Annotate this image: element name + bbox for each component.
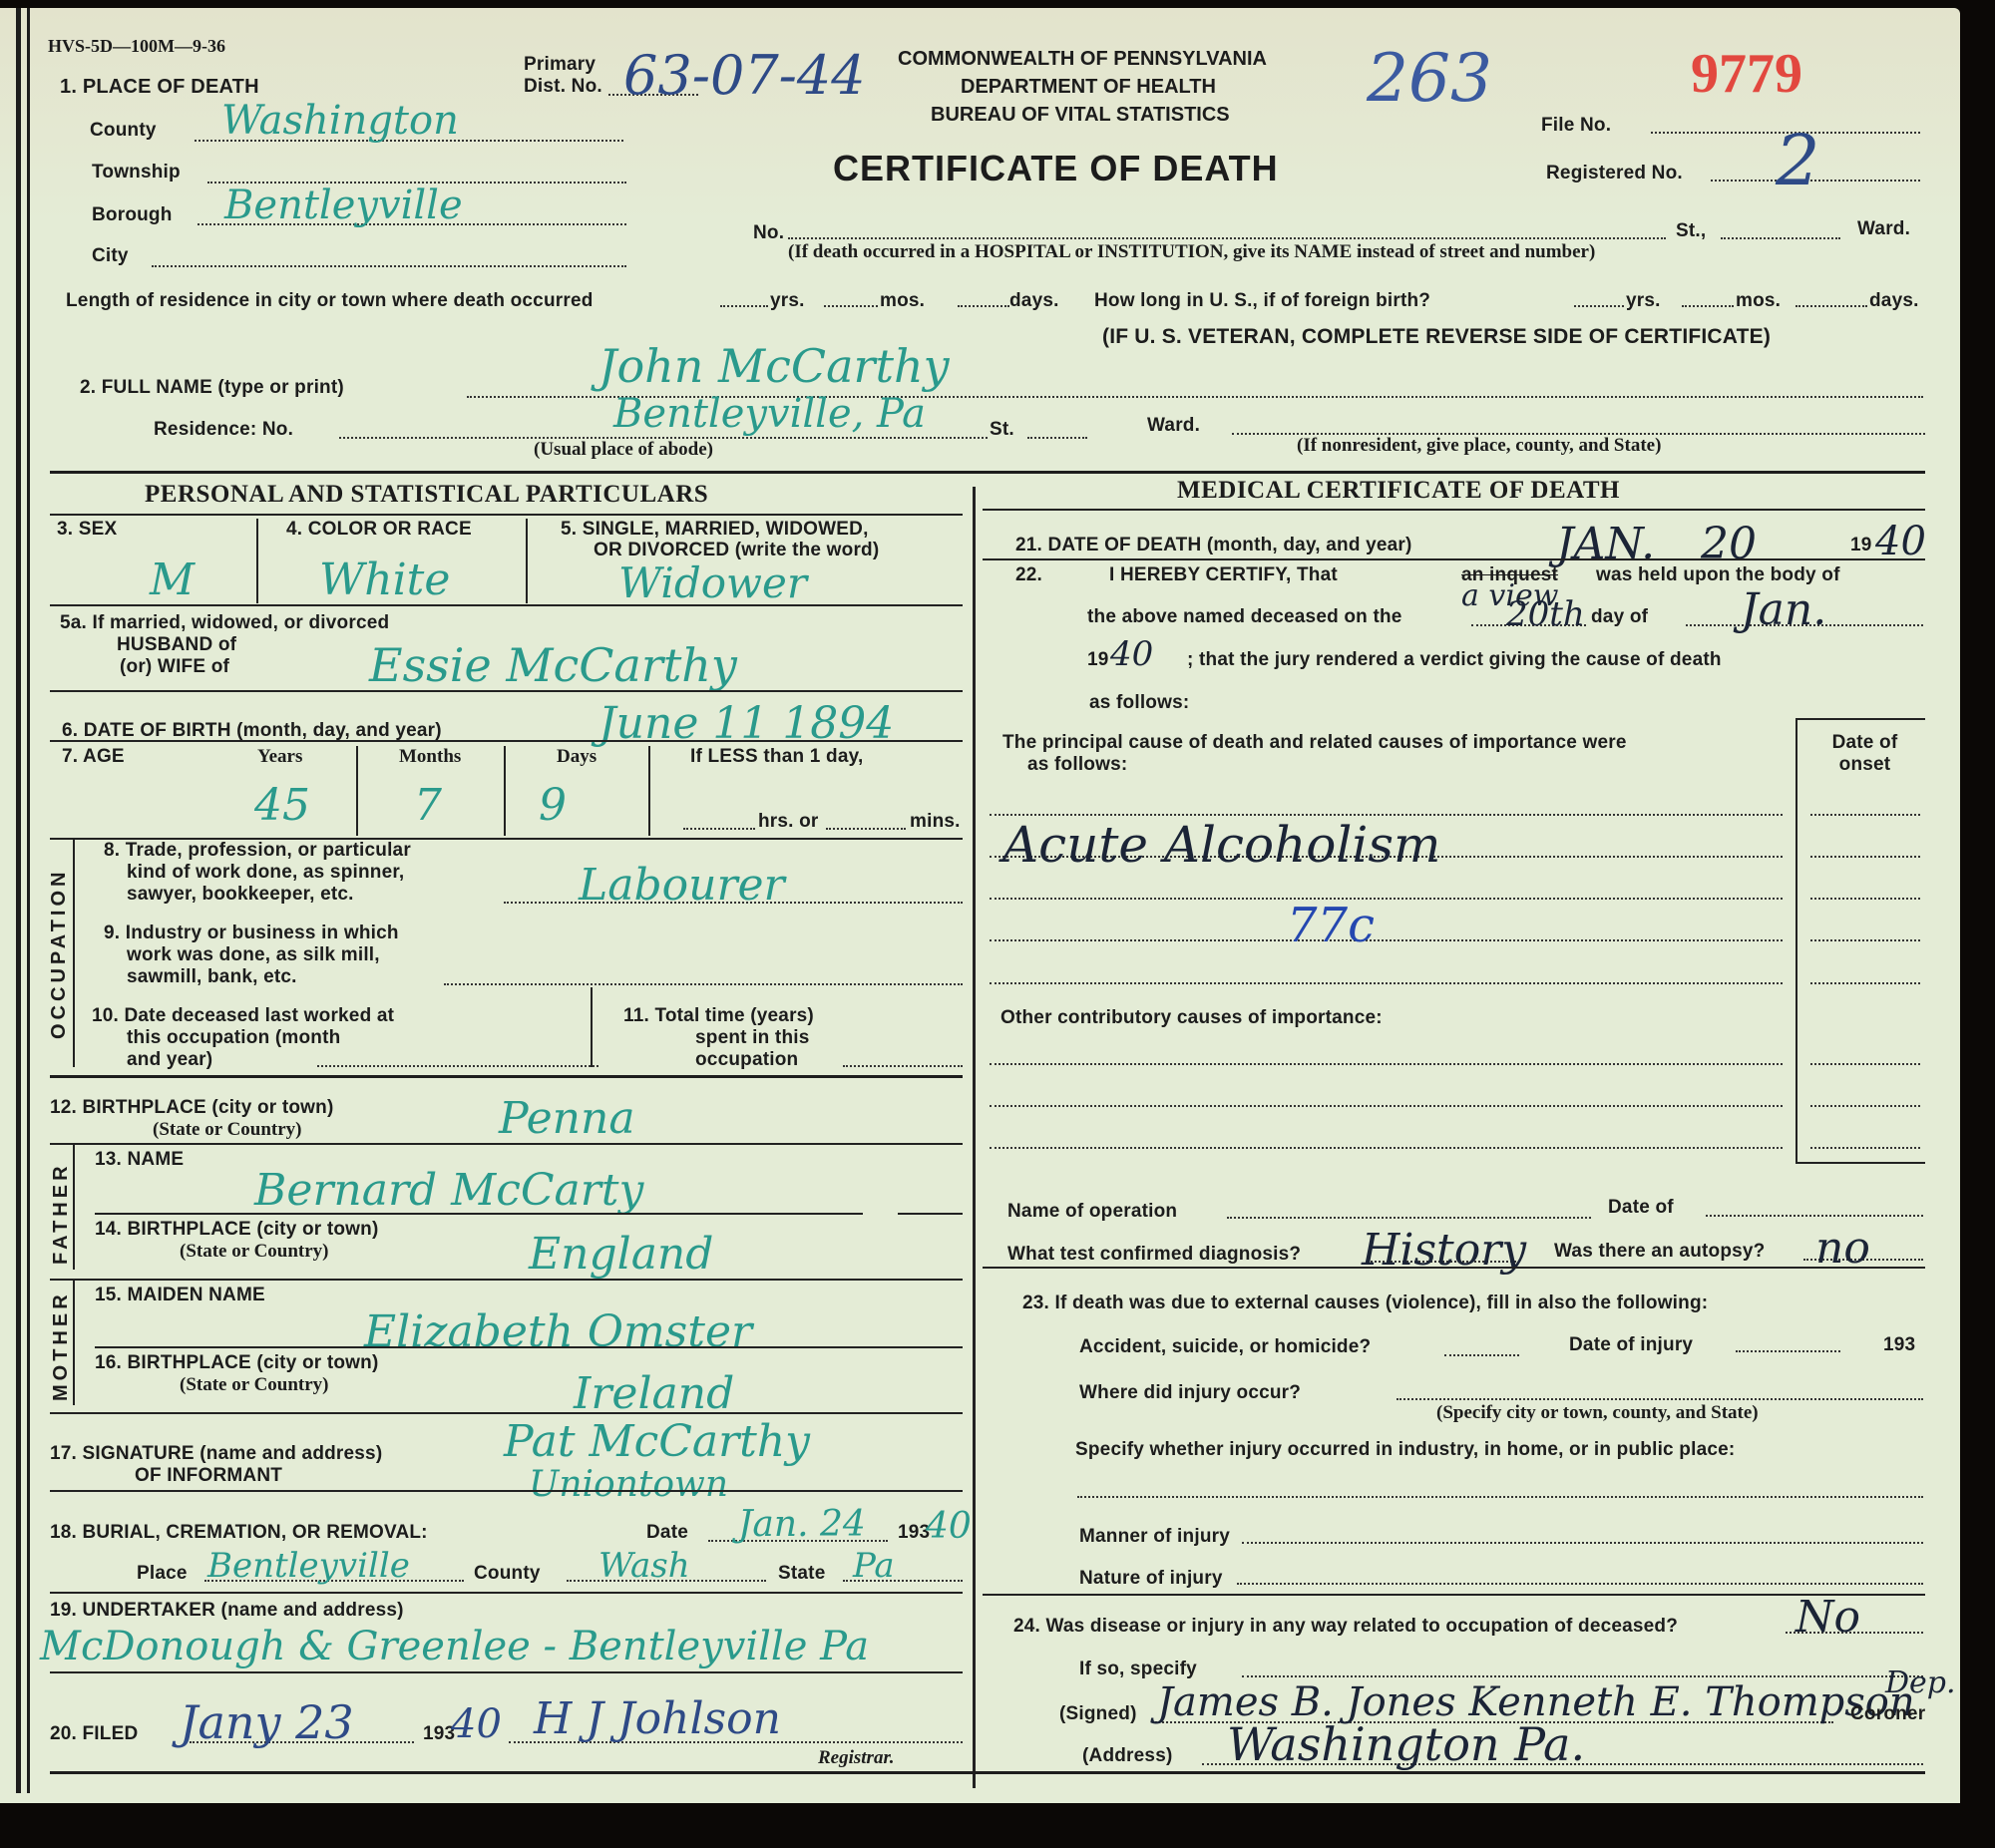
city-label: City [92,245,129,267]
residence-length-label: Length of residence in city or town wher… [66,290,594,312]
less-than-day-label: If LESS than 1 day, [690,746,863,768]
accident-field[interactable] [1444,1354,1519,1356]
nature-label: Nature of injury [1079,1568,1223,1590]
file-no-label: File No. [1541,115,1611,137]
occupation-related-label: 24. Was disease or injury in any way rel… [1013,1616,1678,1638]
manner-label: Manner of injury [1079,1526,1230,1548]
divider [898,1213,963,1215]
divider [504,746,506,836]
principal-cause-label-1: The principal cause of death and related… [1002,732,1627,754]
mother-name-label: 15. MAIDEN NAME [95,1285,265,1306]
date-of-death-label: 21. DATE OF DEATH (month, day, and year) [1015,535,1412,556]
external-causes-label: 23. If death was due to external causes … [1022,1293,1708,1314]
res-yrs-label: yrs. [770,290,805,312]
form-code: HVS-5D—100M—9-36 [48,36,225,57]
divider [526,519,528,603]
address-label: (Address) [1082,1745,1172,1767]
divider [50,1671,963,1673]
injury-date-field[interactable] [1736,1350,1840,1352]
total-time-label-2: spent in this [695,1027,810,1049]
nature-field[interactable] [1237,1583,1923,1585]
burial-date-label: Date [646,1522,688,1544]
certify-number: 22. [1015,564,1042,586]
medical-section-title: MEDICAL CERTIFICATE OF DEATH [1177,477,1620,505]
us-days-label: days. [1869,290,1919,312]
divider [73,1145,75,1270]
hrs-label: hrs. or [758,811,819,833]
city-field[interactable] [152,265,626,267]
autopsy-label: Was there an autopsy? [1554,1241,1765,1263]
section-divider [50,471,1925,474]
contributory-onset-3[interactable] [1810,1147,1920,1149]
township-label: Township [92,162,181,184]
injury-place-label: Specify whether injury occurred in indus… [1075,1439,1735,1461]
us-mos-field[interactable] [1682,305,1734,307]
onset-line-1[interactable] [1810,814,1920,816]
informant-label-2: OF INFORMANT [135,1465,282,1487]
residence-label: Residence: No. [154,419,293,441]
injury-year-prefix: 193 [1883,1334,1915,1356]
res-days-field[interactable] [958,305,1009,307]
last-worked-label-1: 10. Date deceased last worked at [92,1005,394,1027]
registrar-signature[interactable]: H J Johlson [534,1693,781,1744]
total-time-label-1: 11. Total time (years) [623,1005,814,1027]
divider [1795,718,1797,1162]
date-of-death-month[interactable]: JAN. [1556,519,1655,569]
full-name-label: 2. FULL NAME (type or print) [80,377,344,399]
contributory-onset-1[interactable] [1810,1063,1920,1065]
contributory-label: Other contributory causes of importance: [1000,1007,1383,1029]
hrs-field[interactable] [683,828,755,830]
dist-no-label: Dist. No. [524,76,602,98]
divider [50,514,963,516]
trade-label-1: 8. Trade, profession, or particular [104,840,411,862]
injury-where-label: Where did injury occur? [1079,1382,1301,1404]
burial-place-value[interactable]: Bentleyville [207,1546,410,1586]
divider [591,987,593,1067]
age-label: 7. AGE [62,746,125,768]
if-so-label: If so, specify [1079,1659,1197,1680]
father-birthplace-label-2: (State or Country) [180,1241,329,1263]
test-label: What test confirmed diagnosis? [1007,1244,1301,1266]
date-of-onset-label: Date of onset [1827,732,1902,776]
certify-year-prefix: 19 [1087,649,1109,671]
agency-line-1: COMMONWEALTH OF PENNSYLVANIA [898,48,1267,71]
operation-date-label: Date of [1608,1197,1674,1219]
certify-text-4: day of [1591,606,1648,628]
injury-where-note: (Specify city or town, county, and State… [1436,1402,1759,1424]
cause-line-3[interactable] [990,898,1783,900]
contributory-onset-2[interactable] [1810,1105,1920,1107]
informant-name-value[interactable]: Pat McCarthy [504,1416,810,1467]
nonresident-note: (If nonresident, give place, county, and… [1297,435,1661,457]
abode-note: (Usual place of abode) [534,439,713,461]
county-value[interactable]: Washington [221,98,459,144]
certify-text-5: ; that the jury rendered a verdict givin… [1187,649,1722,671]
occupation-vertical-label: OCCUPATION [48,869,71,1039]
divider [73,840,75,1067]
birthplace-label-2: (State or Country) [153,1119,302,1141]
certify-day-value[interactable]: 20th [1506,594,1585,634]
manner-field[interactable] [1242,1542,1923,1544]
burial-label: 18. BURIAL, CREMATION, OR REMOVAL: [50,1522,428,1544]
certificate-title: CERTIFICATE OF DEATH [833,148,1279,189]
father-name-value[interactable]: Bernard McCarty [254,1165,643,1216]
divider [50,1490,963,1492]
informant-label-1: 17. SIGNATURE (name and address) [50,1443,382,1465]
occupation-related-value[interactable]: No [1795,1592,1860,1643]
injury-place-field[interactable] [1077,1496,1923,1498]
age-months-value[interactable]: 7 [414,780,442,831]
divider [256,519,258,603]
date-of-death-day[interactable]: 20 [1701,519,1757,569]
race-label: 4. COLOR OR RACE [286,519,472,541]
onset-line-5[interactable] [1810,982,1920,984]
place-of-death-label: 1. PLACE OF DEATH [60,76,259,99]
last-worked-label-2: this occupation (month [127,1027,340,1049]
stamp-number: 9779 [1691,42,1802,106]
industry-label-1: 9. Industry or business in which [104,923,399,944]
burial-year-value[interactable]: 40 [926,1506,972,1547]
race-value[interactable]: White [319,554,450,605]
burial-state-label: State [778,1563,825,1585]
age-days-value[interactable]: 9 [539,780,567,831]
injury-date-label: Date of injury [1569,1334,1693,1356]
operation-field[interactable] [1227,1217,1591,1219]
days-label: Days [557,746,597,768]
ward-label: Ward. [1857,218,1910,240]
agency-line-2: DEPARTMENT OF HEALTH [961,76,1216,99]
if-so-field[interactable] [1242,1675,1923,1677]
total-time-field[interactable] [843,1065,963,1067]
dob-label: 6. DATE OF BIRTH (month, day, and year) [62,720,442,742]
operation-date-field[interactable] [1706,1215,1923,1217]
cause-line-5[interactable] [990,982,1783,984]
spouse-label-3: (or) WIFE of [120,656,229,678]
years-label: Years [257,746,302,768]
father-name-label: 13. NAME [95,1149,184,1171]
burial-county-label: County [474,1563,541,1585]
residence-ward-label: Ward. [1147,415,1200,437]
certify-month-value[interactable]: Jan. [1741,584,1826,635]
signed-label: (Signed) [1059,1703,1137,1725]
months-label: Months [399,746,461,768]
mins-label: mins. [910,811,961,833]
father-vertical-label: FATHER [50,1162,73,1265]
certify-text-1: I HEREBY CERTIFY, That [1109,564,1338,586]
birthplace-label-1: 12. BIRTHPLACE (city or town) [50,1097,333,1119]
filed-date-value[interactable]: Jany 23 [180,1695,354,1749]
contributory-line-1[interactable] [990,1063,1783,1065]
registrar-label: Registrar. [818,1747,895,1769]
spouse-label-2: HUSBAND of [117,634,236,656]
divider [1795,718,1925,720]
burial-place-label: Place [137,1563,188,1585]
operation-label: Name of operation [1007,1201,1177,1223]
mother-birthplace-label-2: (State or Country) [180,1374,329,1396]
accident-label: Accident, suicide, or homicide? [1079,1336,1371,1358]
divider [50,1279,963,1281]
primary-label: Primary [524,54,596,76]
spouse-label-1: 5a. If married, widowed, or divorced [60,612,389,634]
marital-value[interactable]: Widower [618,558,807,607]
mins-field[interactable] [826,828,906,830]
contributory-line-3[interactable] [990,1147,1783,1149]
father-birthplace-label-1: 14. BIRTHPLACE (city or town) [95,1219,378,1241]
spouse-value[interactable]: Essie McCarthy [369,638,737,692]
us-yrs-label: yrs. [1626,290,1661,312]
left-border-thin [27,8,30,1793]
divider [983,509,1925,511]
onset-line-3[interactable] [1810,898,1920,900]
residence-st-field[interactable] [1027,437,1087,439]
certify-year-value[interactable]: 40 [1110,634,1153,674]
divider [73,1281,75,1405]
registered-no-value[interactable]: 2 [1776,120,1820,201]
burial-state-value[interactable]: Pa [853,1546,895,1586]
deputy-suffix: Dep. [1885,1665,1956,1700]
ward-field[interactable] [1721,237,1840,239]
contributory-line-2[interactable] [990,1105,1783,1107]
undertaker-label: 19. UNDERTAKER (name and address) [50,1600,404,1622]
borough-value[interactable]: Bentleyville [224,183,463,228]
bottom-border [50,1771,1925,1774]
us-mos-label: mos. [1736,290,1781,312]
trade-label-2: kind of work done, as spinner, [127,862,404,884]
onset-line-2[interactable] [1810,856,1920,858]
handwritten-number: 263 [1367,40,1492,117]
registered-no-label: Registered No. [1546,163,1683,185]
divider [95,1346,963,1348]
industry-label-3: sawmill, bank, etc. [127,966,297,988]
mother-vertical-label: MOTHER [50,1291,73,1401]
divider [95,1213,863,1215]
sex-value[interactable]: M [150,554,195,605]
total-time-label-3: occupation [695,1049,798,1071]
divider [50,740,963,742]
full-name-value[interactable]: John McCarthy [598,339,950,393]
county-label: County [90,120,157,142]
divider [50,690,963,692]
divider [648,746,650,836]
borough-label: Borough [92,204,173,226]
hospital-note: (If death occurred in a HOSPITAL or INST… [788,241,1595,263]
divider [983,1594,1925,1596]
certify-text-6: as follows: [1089,692,1189,714]
age-years-value[interactable]: 45 [254,780,310,831]
cause-line-4[interactable] [990,939,1783,941]
us-days-field[interactable] [1795,305,1867,307]
st-label: St., [1676,220,1706,242]
father-birthplace-value[interactable]: England [529,1229,713,1280]
onset-line-4[interactable] [1810,939,1920,941]
divider [356,746,358,836]
divider [50,1412,963,1414]
coroner-address-value[interactable]: Washington Pa. [1227,1717,1585,1771]
trade-value[interactable]: Labourer [579,860,785,911]
last-worked-field[interactable] [317,1065,598,1067]
sex-label: 3. SEX [57,519,117,541]
mother-name-value[interactable]: Elizabeth Omster [364,1306,752,1357]
us-yrs-field[interactable] [1574,305,1624,307]
divider [50,1143,963,1145]
burial-county-value[interactable]: Wash [598,1546,690,1586]
res-days-label: days. [1009,290,1059,312]
veteran-note: (IF U. S. VETERAN, COMPLETE REVERSE SIDE… [1102,325,1771,349]
res-mos-label: mos. [880,290,925,312]
certify-text-2: was held upon the body of [1596,564,1840,586]
divider [50,1075,963,1078]
last-worked-label-3: and year) [127,1049,212,1071]
residence-st-label: St. [990,419,1014,441]
divider [983,558,1925,560]
industry-field[interactable] [444,983,963,985]
residence-value[interactable]: Bentleyville, Pa [613,391,926,437]
principal-cause-label-2: as follows: [1027,754,1127,776]
trade-label-3: sawyer, bookkeeper, etc. [127,884,354,906]
street-no-field[interactable] [788,237,1666,239]
birthplace-value[interactable]: Penna [499,1093,635,1144]
res-yrs-field[interactable] [720,305,768,307]
street-no-label: No. [753,222,784,244]
informant-address-value[interactable]: Uniontown [529,1464,728,1505]
divider [983,1267,1925,1269]
marital-label-1: 5. SINGLE, MARRIED, WIDOWED, [561,519,869,541]
left-border-thick [16,8,21,1793]
agency-line-3: BUREAU OF VITAL STATISTICS [931,104,1230,127]
cause-code: 77c [1287,898,1375,953]
undertaker-value[interactable]: McDonough & Greenlee - Bentleyville Pa [40,1624,869,1669]
personal-section-title: PERSONAL AND STATISTICAL PARTICULARS [145,481,708,509]
res-mos-field[interactable] [824,305,878,307]
column-divider [973,487,976,1788]
divider [1795,1162,1925,1164]
foreign-birth-label: How long in U. S., if of foreign birth? [1094,290,1430,312]
certify-text-3: the above named deceased on the [1087,606,1402,628]
coroner-label: Coroner [1850,1703,1925,1725]
mother-birthplace-label-1: 16. BIRTHPLACE (city or town) [95,1352,378,1374]
principal-cause-value[interactable]: Acute Alcoholism [1002,816,1440,874]
divider [50,1592,963,1594]
filed-year-value[interactable]: 40 [451,1701,502,1747]
dist-no-value[interactable]: 63-07-44 [623,44,866,107]
date-of-death-year-prefix: 19 [1850,535,1872,556]
filed-label: 20. FILED [50,1723,138,1745]
injury-where-field[interactable] [1396,1398,1923,1400]
divider [50,604,963,606]
industry-label-2: work was done, as silk mill, [127,944,380,966]
burial-date-value[interactable]: Jan. 24 [738,1504,866,1545]
